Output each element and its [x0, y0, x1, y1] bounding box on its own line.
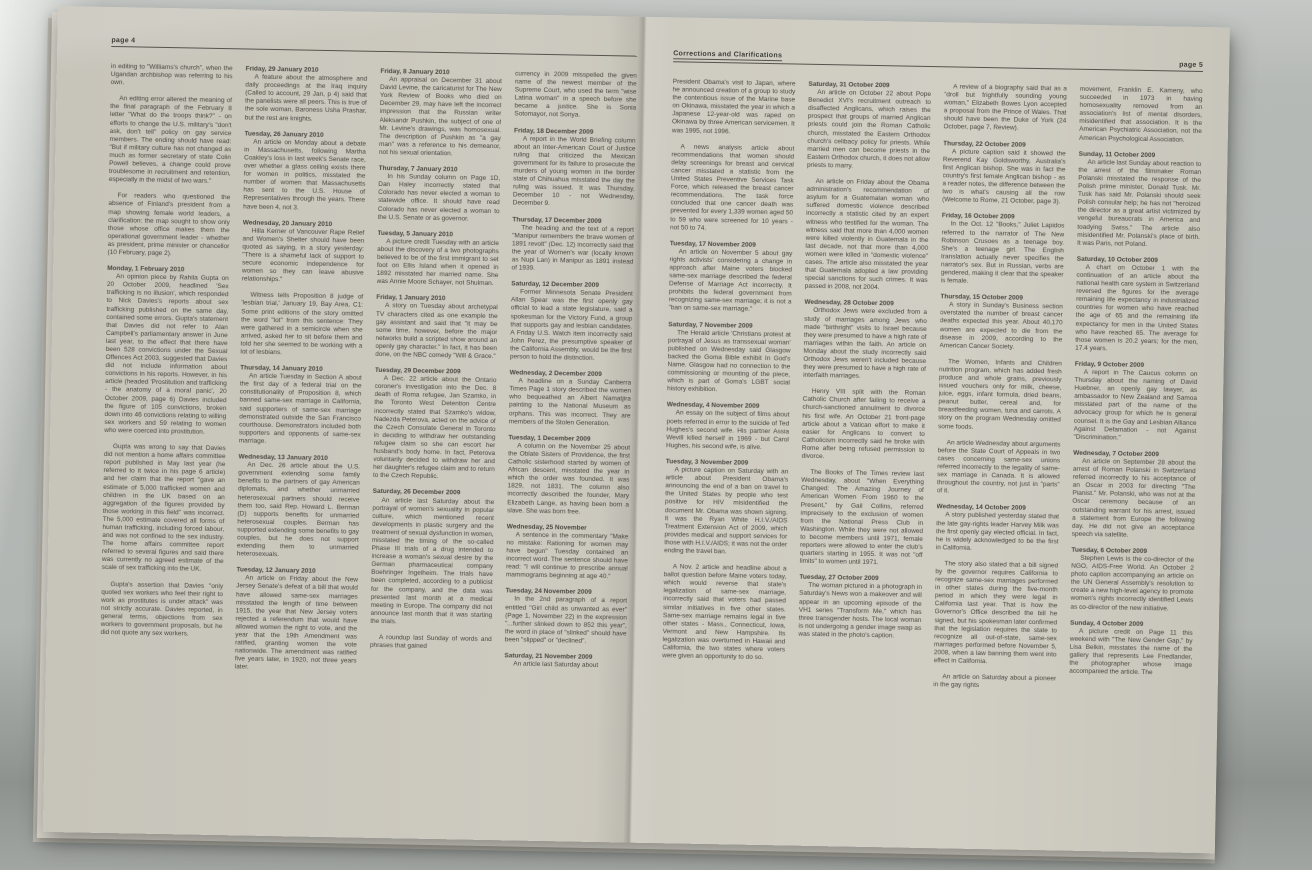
entry-paragraph: Stephen Lewis is the co-director of the … [1070, 555, 1194, 614]
correction-entry: Tuesday, 26 January 2010An article on Mo… [243, 130, 366, 213]
correction-entry: Wednesday, 28 October 2009Orthodox Jews … [803, 299, 927, 382]
entry-paragraph: Orthodox Jews were excluded from a study… [803, 307, 927, 382]
entry-paragraph: An opinion piece by Rahila Gupta on 20 O… [104, 273, 229, 437]
page-4-columns: in editing to "Williams's church", when … [98, 63, 637, 781]
entry-paragraph: The heading and the text of a report "Ma… [511, 224, 634, 275]
correction-entry: Saturday, 12 December 2009Former Minneso… [510, 281, 633, 364]
correction-entry: Thursday, 15 October 2009A story in Sund… [939, 293, 1063, 352]
entry-paragraph: In the 2nd paragraph of a report entitle… [505, 596, 628, 647]
entry-paragraph: An article on September 28 about the arr… [1072, 458, 1196, 541]
entry-paragraph: A Dec. 22 article about the Ontario coro… [373, 375, 497, 482]
entry-paragraph: The Books of The Times review last Wedne… [800, 469, 925, 568]
entry-paragraph: A column on the November 25 about the Ob… [507, 442, 630, 517]
correction-entry: A roundup last Sunday of words and phras… [370, 634, 492, 652]
entry-paragraph: A sentence in the commentary "Make no mi… [506, 531, 629, 582]
entry-paragraph: movement, Franklin E. Kameny, who succee… [1079, 86, 1203, 145]
text-column: currency in 2009 misspelled the given na… [502, 70, 637, 780]
entry-paragraph: Witness tells Proposition 8 judge of 'le… [240, 292, 363, 359]
photo-background: page 4 in editing to "Williams's church"… [0, 0, 1312, 870]
section-title: Corrections and Clarifications [673, 50, 782, 61]
entry-paragraph: An article last Sunday about reaction to… [1077, 158, 1201, 249]
entry-paragraph: in editing to "Williams's church", when … [111, 63, 233, 90]
correction-entry: The Books of The Times review last Wedne… [800, 469, 925, 568]
entry-paragraph: An article on November 5 about gay right… [668, 248, 792, 315]
entry-paragraph: An editing error altered the meaning of … [109, 95, 232, 186]
correction-entry: Tuesday, 3 November 2009A picture captio… [664, 458, 789, 557]
entry-paragraph: Hilla Kerner of Vancouver Rape Relief an… [242, 227, 365, 286]
correction-entry: Saturday, 10 October 2009A chart on Octo… [1075, 255, 1200, 354]
correction-entry: Henry VIII split with the Roman Catholic… [802, 388, 926, 463]
newspaper-spread: page 4 in editing to "Williams's church"… [43, 6, 1230, 853]
page-5-header: Corrections and Clarifications page 5 [673, 50, 1203, 72]
entry-paragraph: An article last Saturday about [504, 660, 626, 670]
page-5-columns: President Obama's visit to Japan, where … [660, 78, 1203, 796]
entry-paragraph: The Women, Infants and Children nutritio… [938, 358, 1062, 433]
entry-paragraph: A report in the World Briefing column ab… [513, 135, 636, 210]
correction-entry: Friday, 9 October 2009A report in The Ca… [1073, 361, 1197, 444]
entry-paragraph: An article on Friday about the Obama adm… [805, 178, 930, 294]
entry-paragraph: For readers who questioned the absence o… [107, 192, 230, 259]
entry-paragraph: An article on Saturday about a pioneer i… [933, 673, 1056, 691]
newspaper-page-5: Corrections and Clarifications page 5 Pr… [629, 17, 1230, 854]
correction-entry: movement, Franklin E. Kameny, who succee… [1079, 86, 1203, 145]
entry-paragraph: A story in Sunday's Business section ove… [939, 301, 1063, 352]
correction-entry: Thursday, 14 January 2010An article Tues… [239, 364, 362, 447]
text-column: movement, Franklin E. Kameny, who succee… [1067, 86, 1203, 796]
entry-paragraph: currency in 2009 misspelled the given na… [514, 70, 637, 121]
correction-entry: Tuesday, 12 January 2010An article on Fr… [235, 567, 359, 674]
correction-entry: Tuesday, 17 November 2009An article on N… [668, 240, 792, 315]
entry-paragraph: A picture credit Tuesday with an article… [376, 238, 499, 289]
correction-entry: Thursday, 17 December 2009The heading an… [511, 216, 634, 275]
entry-paragraph: An article on Friday about the New Jerse… [235, 575, 359, 674]
entry-paragraph: An article last Saturday about the portr… [370, 496, 494, 628]
entry-paragraph: President Obama's visit to Japan, where … [672, 78, 796, 137]
entry-paragraph: Gupta's assertion that Davies "only quot… [100, 580, 223, 639]
correction-entry: A Nov. 2 article and headline about a ba… [662, 563, 787, 662]
entry-paragraph: A roundup last Sunday of words and phras… [370, 634, 492, 652]
entry-paragraph: An article on October 22 about Pope Bene… [807, 89, 931, 172]
entry-paragraph: In his Sunday column on Page 1D, Dan Hal… [378, 173, 501, 224]
correction-entry: Friday, 29 January 2010A feature about t… [245, 65, 368, 124]
text-column: A review of a biography said that as a "… [931, 83, 1067, 793]
correction-entry: Wednesday, 20 January 2010Hilla Kerner o… [242, 219, 365, 286]
correction-entry: Tuesday, 5 January 2010A picture credit … [376, 230, 499, 289]
correction-entry: Wednesday, 14 October 2009A story publis… [934, 503, 1060, 667]
entry-paragraph: An article Tuesday in Section A about th… [239, 373, 362, 448]
page-4-header: page 4 [111, 37, 637, 57]
correction-entry: The Women, Infants and Children nutritio… [938, 358, 1062, 433]
text-column: Friday, 29 January 2010A feature about t… [233, 65, 368, 775]
correction-entry: An editing error altered the meaning of … [109, 95, 232, 186]
entry-paragraph: A story published yesterday stated that … [936, 512, 1059, 555]
entry-paragraph: The story also stated that a bill signed… [934, 560, 1059, 667]
correction-entry: Tuesday, 6 October 2009Stephen Lewis is … [1070, 547, 1194, 614]
correction-entry: Saturday, 21 November 2009An article las… [504, 652, 626, 670]
text-column: Saturday, 31 October 2009An article on O… [796, 81, 932, 791]
entry-paragraph: An Dec. 26 article about the U.S. govern… [237, 462, 361, 561]
text-column: President Obama's visit to Japan, where … [660, 78, 796, 788]
entry-paragraph: An article on Monday about a debate in M… [243, 138, 366, 213]
entry-paragraph: A chart on October 1 with the continuati… [1075, 264, 1199, 355]
entry-paragraph: In the Oct. 12 "Books," Juliet Lapidos r… [941, 221, 1065, 288]
text-column: in editing to "Williams's church", when … [98, 63, 233, 773]
newspaper-page-4: page 4 in editing to "Williams's church"… [43, 6, 644, 843]
correction-entry: in editing to "Williams's church", when … [111, 63, 233, 90]
entry-paragraph: A story on Tuesday about archetypal TV c… [375, 302, 498, 361]
correction-entry: Thursday, 22 October 2009A picture capti… [942, 140, 1066, 207]
correction-entry: Saturday, 7 November 2009The Herald arti… [667, 321, 791, 396]
entry-paragraph: A Nov. 2 article and headline about a ba… [662, 563, 787, 662]
correction-entry: Tuesday, 24 November 2009In the 2nd para… [505, 588, 628, 647]
entry-paragraph: A review of a biography said that as a "… [943, 83, 1067, 134]
correction-entry: Tuesday, 29 December 2009A Dec. 22 artic… [373, 367, 497, 483]
correction-entry: Friday, 8 January 2010An appraisal on De… [379, 68, 502, 159]
correction-entry: A news analysis article about recommenda… [670, 143, 794, 234]
correction-entry: A review of a biography said that as a "… [943, 83, 1067, 134]
entry-paragraph: A picture credit on Page 11 this weekend… [1069, 627, 1193, 678]
correction-entry: Friday, 18 December 2009A report in the … [513, 127, 636, 210]
correction-entry: For readers who questioned the absence o… [107, 192, 230, 259]
correction-entry: Friday, 16 October 2009In the Oct. 12 "B… [941, 213, 1065, 288]
correction-entry: Tuesday, 27 October 2009The woman pictur… [798, 574, 922, 641]
entry-paragraph: An article Wednesday about arguments bef… [937, 439, 1061, 498]
correction-entry: President Obama's visit to Japan, where … [672, 78, 796, 137]
entry-paragraph: An essay on the subject of films about p… [666, 410, 789, 453]
entry-paragraph: A picture caption said it showed the Rev… [942, 148, 1066, 207]
entry-paragraph: Henry VIII split with the Roman Catholic… [802, 388, 926, 463]
page-number-right: page 5 [1179, 62, 1203, 69]
correction-entry: An article on Saturday about a pioneer i… [933, 673, 1056, 691]
text-column: Friday, 8 January 2010An appraisal on De… [367, 68, 502, 778]
correction-entry: Tuesday, 1 December 2009A column on the … [507, 434, 630, 517]
entry-paragraph: A headline on a Sunday Canberra Times Pa… [509, 378, 632, 429]
page-number-left: page 4 [111, 37, 135, 44]
correction-entry: Wednesday, 2 December 2009A headline on … [509, 369, 632, 428]
correction-entry: Sunday, 4 October 2009A picture credit o… [1069, 619, 1193, 678]
correction-entry: Sunday, 11 October 2009An article last S… [1077, 150, 1202, 249]
entry-paragraph: An appraisal on December 31 about David … [379, 76, 502, 159]
correction-entry: Wednesday, 25 NovemberA sentence in the … [506, 523, 629, 582]
correction-entry: Wednesday, 7 October 2009An article on S… [1072, 450, 1196, 541]
entry-paragraph: Gupta was wrong to say that Davies did n… [102, 443, 226, 575]
correction-entry: Thursday, 7 January 2010In his Sunday co… [378, 165, 501, 224]
correction-entry: Monday, 1 February 2010An opinion piece … [100, 265, 229, 639]
correction-entry: An article Wednesday about arguments bef… [937, 439, 1061, 498]
entry-paragraph: Former Minnesota Senate President Allan … [510, 289, 633, 364]
entry-paragraph: The woman pictured in a photograph in Sa… [798, 582, 922, 641]
correction-entry: currency in 2009 misspelled the given na… [514, 70, 637, 121]
correction-entry: An article on Friday about the Obama adm… [805, 178, 930, 294]
correction-entry: Friday, 1 January 2010A story on Tuesday… [375, 294, 498, 361]
entry-paragraph: A picture caption on Saturday with an ar… [664, 466, 788, 557]
entry-paragraph: A report in The Caucus column on Thursda… [1073, 369, 1197, 444]
correction-entry: Saturday, 31 October 2009An article on O… [807, 81, 931, 172]
correction-entry: Wednesday, 4 November 2009An essay on th… [666, 402, 790, 453]
correction-entry: Witness tells Proposition 8 judge of 'le… [240, 292, 363, 359]
correction-entry: Wednesday, 13 January 2010An Dec. 26 art… [237, 453, 361, 560]
correction-entry: Saturday, 26 December 2009An article las… [370, 488, 494, 628]
entry-paragraph: The Herald article 'Christians protest a… [667, 329, 791, 396]
entry-paragraph: A feature about the atmosphere and daily… [245, 74, 368, 125]
entry-paragraph: A news analysis article about recommenda… [670, 143, 794, 234]
